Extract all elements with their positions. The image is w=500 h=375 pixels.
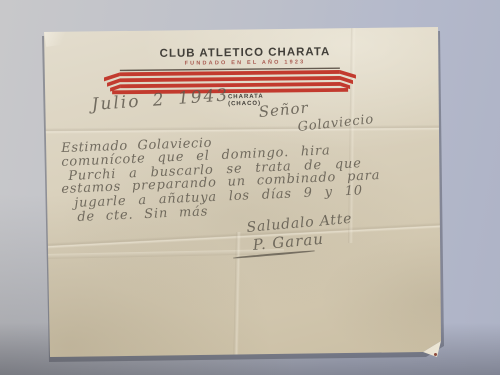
letter-paper: CLUB ATLETICO CHARATA FUNDADO EN EL AÑO … [0,0,500,375]
dog-ear-speck [434,353,437,356]
photo-backdrop: CLUB ATLETICO CHARATA FUNDADO EN EL AÑO … [0,0,500,375]
club-title: CLUB ATLETICO CHARATA [155,46,335,60]
